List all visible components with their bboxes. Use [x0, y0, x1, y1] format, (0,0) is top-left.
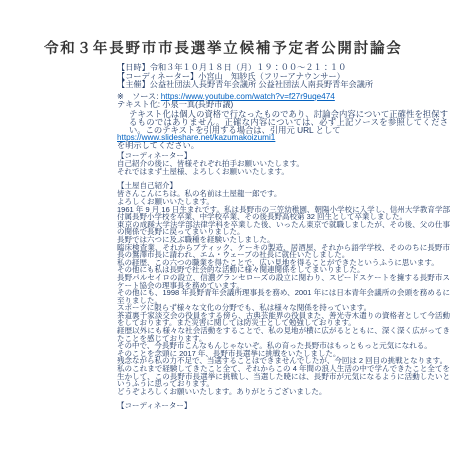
paragraph: 1961 年 9 月 16 日生まれです。私は長野市の三笠幼稚園、朝陽小学校に入…	[117, 206, 450, 221]
paragraph: それではまず土屋様、よろしくお願いいたします。	[117, 168, 450, 176]
transcript-section: 【コーディネーター】自己紹介の後に、皆様それぞれ拍手お願いいたします。それではま…	[117, 152, 450, 175]
event-organizer: 【主催】公益社団法人長野青年会議所 公益社団法人南長野青年会議所	[117, 81, 453, 90]
paragraph: 私のこれまで経験してきたこと全て、それからこの 4 年間の浪人生活の中で学んでき…	[117, 365, 450, 388]
transcript-sections: 【コーディネーター】自己紹介の後に、皆様それぞれ拍手お願いいたします。それではま…	[117, 152, 450, 417]
paragraph: 臨床検査業、それからブティック、ケーキの製造、居酒屋、それから語学学校、そののち…	[117, 244, 450, 259]
transcript-section: 【土屋自己紹介】皆さんこんにちは。私の名前は土屋龍一郎です。よろしくお願いいたし…	[117, 182, 450, 395]
disclaimer-text: テキスト化は個人の資格で行なったものであり、討論会内容について正確性を担保するも…	[129, 110, 448, 134]
paragraph: 長野パルセイロの設立、信濃グランセローズの設立に関わり、スピードスケートを擁する…	[117, 274, 450, 289]
event-meta: 【日時】令和３年１０月１８日（月）１９：００～２１：１０ 【コーディネーター】小…	[117, 64, 453, 90]
paragraph: 茶道裏千家淡交会の役員をする傍ら、古典芸能界の役員また、善光寺木遣りの資格者とし…	[117, 312, 450, 327]
transcript-section: 【コーディネーター】	[117, 402, 450, 410]
paragraph: 経歴以外にも様々な社会活動をすることで、私の見地が横に広がるとともに、深く深く広…	[117, 327, 450, 342]
speaker-heading: 【コーディネーター】	[117, 402, 450, 410]
paragraph: その他にも、1998 年長野青年会議所理事長を務め、2001 年には日本青年会議…	[117, 289, 450, 304]
document-page: 令和３年長野市市長選挙立候補予定者公開討論会 【日時】令和３年１０月１８日（月）…	[0, 0, 453, 453]
paragraph: どうぞよろしくお願いいたします。ありがとうございました。	[117, 388, 450, 396]
source-note: ※ ソース: https://www.youtube.com/watch?v=f…	[117, 93, 453, 150]
disclaimer-suffix: を明示してください。	[117, 142, 453, 150]
document-title: 令和３年長野市市長選挙立候補予定者公開討論会	[44, 37, 403, 58]
paragraph: 東京の成蹊大学法学部法律学科を卒業した後、いったん東京で就職しましたが、その後、…	[117, 221, 450, 236]
